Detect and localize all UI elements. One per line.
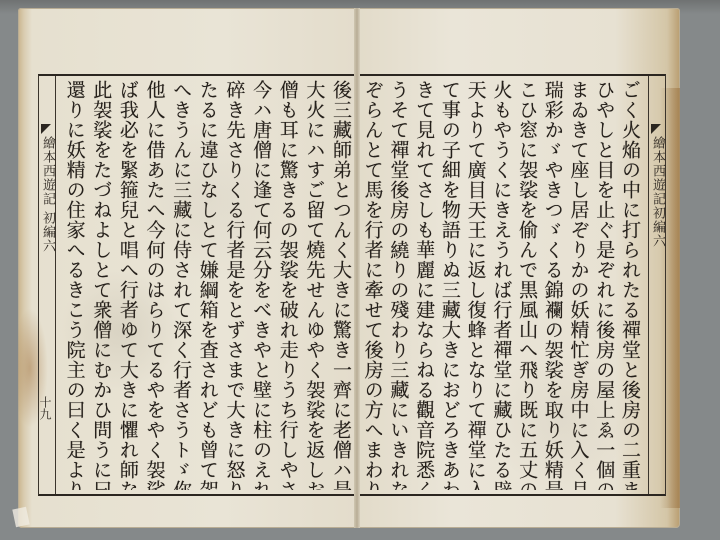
left-margin-title-strip: 繪本西遊記 初編六 十九 xyxy=(39,76,56,494)
text-column: 他人に借あたへ今何のはらりてるやをやく袈裟を取りのしこまん xyxy=(141,80,168,490)
text-column: 今ハ唐僧に逢て何云分をべきやと壁に柱のえれなりて頭を xyxy=(247,80,274,490)
text-column: 瑞彩かゞやきつゞくる錦襴の袈裟を取り妖精是をみてそれよりぞ xyxy=(540,80,566,490)
right-margin-title: 繪本西遊記初編六 xyxy=(650,136,664,248)
right-page: 繪本西遊記初編六 ごく火焔の中に打られたる禪堂と後房の二重まみ火焔に ひやしと目… xyxy=(356,8,680,528)
left-margin-title: 繪本西遊記 初編六 xyxy=(40,136,54,253)
right-text-columns: ごく火焔の中に打られたる禪堂と後房の二重まみ火焔に ひやしと目を止ぐ是ぞれに後房… xyxy=(360,80,643,490)
page-number: 十九 xyxy=(40,396,54,420)
open-book: 繪本西遊記 初編六 十九 後三藏師弟とつんく大きに驚き一齊に老僧ハ是神仙なるか … xyxy=(18,8,680,528)
text-column: 還りに妖精の住家へるきこう院主の曰く是より二十里斗り東に xyxy=(61,80,88,490)
left-text-columns: 後三藏師弟とつんく大きに驚き一齊に老僧ハ是神仙なるか 大火にハすご留て燒先せんゆ… xyxy=(61,80,354,490)
right-text-frame: 繪本西遊記初編六 ごく火焔の中に打られたる禪堂と後房の二重まみ火焔に ひやしと目… xyxy=(356,74,666,496)
left-page: 繪本西遊記 初編六 十九 後三藏師弟とつんく大きに驚き一齊に老僧ハ是神仙なるか … xyxy=(18,8,358,528)
text-column: ぞらんとて馬を行者に牽せて後房の方へまわりみんなのそろつくの僧 xyxy=(360,80,386,490)
text-column: 此袈裟をたづねよしとて衆僧にむかひ問うに曰く此ちつうに xyxy=(88,80,115,490)
text-column: 火もやうくにきえうれば行者禪堂に藏ひたる辟火罩をとりて xyxy=(489,80,515,490)
left-text-frame: 繪本西遊記 初編六 十九 後三藏師弟とつんく大きに驚き一齊に老僧ハ是神仙なるか … xyxy=(38,74,358,496)
text-column: 僧も耳に驚きるの袈裟を破れ走りうち行しやさしに見く波 xyxy=(274,80,301,490)
text-column: 天よりて廣目天王に返し復蜂となりて禪堂に入り師父を喚起 xyxy=(463,80,489,490)
right-margin-title-strip: 繪本西遊記初編六 xyxy=(648,76,665,494)
text-column: て事の子細を物語りぬ三藏大きにおどろきあわひたゞ門を開 xyxy=(437,80,463,490)
text-column: 大火にハすご留て燒先せんゆやく袈裟を返しおへとやれぞ老 xyxy=(301,80,328,490)
text-column: へきうんに三藏に侍されて深く行者さうトゞ你我寶貝を根に xyxy=(168,80,195,490)
text-column: ごく火焔の中に打られたる禪堂と後房の二重まみ火焔に xyxy=(617,80,643,490)
text-column: たるに違ひなしとて嫌綱箱を査されども曾て袈裟のまく xyxy=(194,80,221,490)
gyobi-wedge-mark xyxy=(651,124,661,134)
text-column: きて見れてさしも華麗に建ならねる觀音院悉く灰燼となる xyxy=(411,80,437,490)
book-gutter xyxy=(354,8,360,528)
text-column: まゐきて座し居ぞりかの妖精忙ぎ房中に入く月ゑ二六宝ゑ上に數光 xyxy=(566,80,592,490)
text-column: うそて禪堂後房の繞りの殘わり三藏にいきれなうう是袈裟を xyxy=(386,80,412,490)
text-column: ば我必を緊箍兒と唱へ行者ゆて大きに懼れ師なかるうた xyxy=(114,80,141,490)
text-column: 碎き先さりくる行者是をとずさまで大きに怒り又定下僧徒がかくし xyxy=(221,80,248,490)
text-column: こひ窓に袈裟を偷んで黒風山へ飛り既に五丈の天へのぼり xyxy=(514,80,540,490)
gyobi-wedge-mark xyxy=(41,124,51,134)
text-column: 後三藏師弟とつんく大きに驚き一齊に老僧ハ是神仙なるか xyxy=(327,80,354,490)
text-column: ひやしと目を止ぐ是ぞれに後房の屋上ゑ一個の老猴 xyxy=(592,80,618,490)
